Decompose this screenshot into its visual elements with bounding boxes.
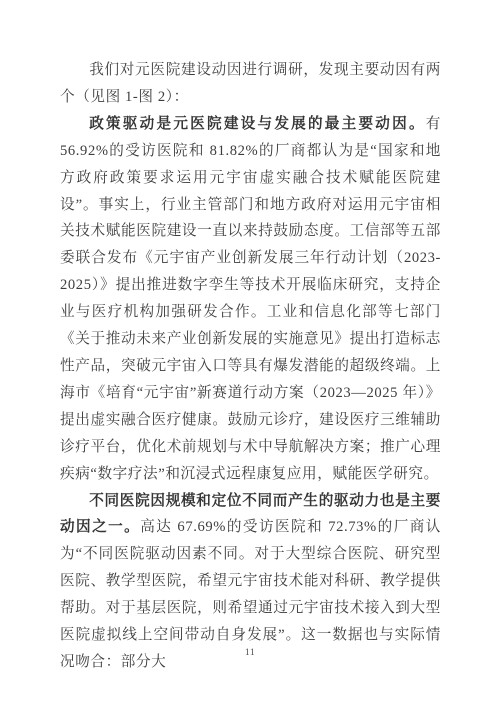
paragraph-policy-driver: 政策驱动是元医院建设与发展的最主要动因。有 56.92%的受访医院和 81.82… [60, 111, 441, 488]
paragraph-intro-text: 我们对元医院建设动因进行调研，发现主要动因有两个（见图 1-图 2）： [60, 62, 441, 105]
paragraph-intro: 我们对元医院建设动因进行调研，发现主要动因有两个（见图 1-图 2）： [60, 57, 441, 111]
paragraph-policy-driver-bold: 政策驱动是元医院建设与发展的最主要动因。 [89, 116, 426, 132]
page-number: 11 [0, 648, 500, 658]
paragraph-policy-driver-text: 有 56.92%的受访医院和 81.82%的厂商都认为是“国家和地方政府政策要求… [60, 116, 441, 482]
document-page: 我们对元医院建设动因进行调研，发现主要动因有两个（见图 1-图 2）： 政策驱动… [0, 0, 500, 707]
body-text: 我们对元医院建设动因进行调研，发现主要动因有两个（见图 1-图 2）： 政策驱动… [60, 57, 441, 676]
